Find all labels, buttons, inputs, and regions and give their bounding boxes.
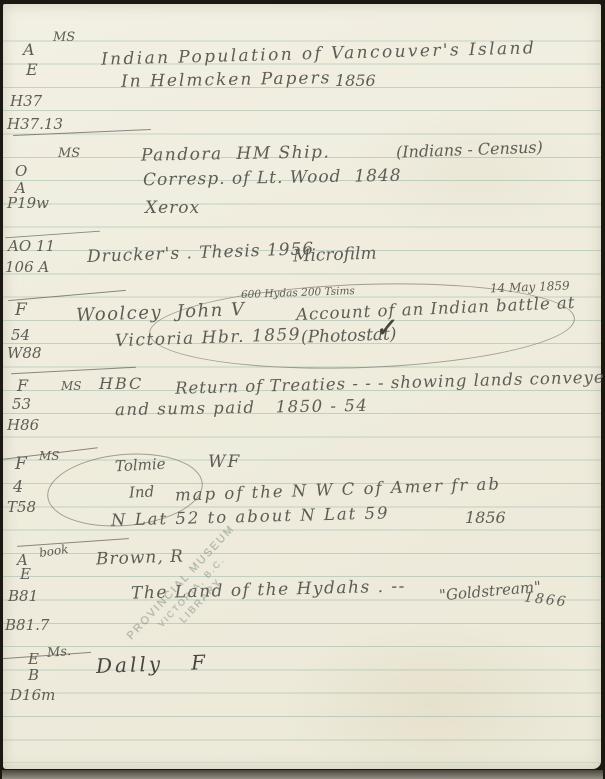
- entry5-line1: Return of Treaties - - - showing lands c…: [175, 369, 605, 397]
- entry7-year: 1866: [523, 590, 568, 609]
- entry5-call-3: H86: [7, 418, 39, 433]
- scan-background-edge: [2, 770, 603, 779]
- entry7-call-3: B81: [8, 589, 38, 604]
- entry6-word: Ind: [129, 484, 155, 500]
- entry3-call-2: 106 A: [5, 260, 49, 275]
- entry7-call-4: B81.7: [5, 618, 49, 633]
- entry7-call-2: E: [20, 567, 31, 582]
- entry8-format: Ms.: [46, 645, 71, 660]
- entry8-author: Dally F: [96, 652, 209, 676]
- entry3-note: Microfilm: [293, 246, 377, 266]
- entry7-author: Brown, R: [96, 548, 185, 568]
- entry2-call-1: O: [15, 164, 27, 179]
- entry4-call-2: 54: [11, 328, 30, 343]
- entry5-format: MS: [61, 380, 82, 392]
- entry2-format: MS: [58, 147, 80, 160]
- scanned-page: MS A E H37 H37.13 Indian Population of V…: [3, 4, 601, 769]
- entry6-initials: WF: [208, 454, 241, 471]
- entry4-call-3: W88: [7, 346, 42, 361]
- entry3-title: Drucker's . Thesis 1956: [87, 241, 315, 266]
- entry1-subtitle: In Helmcken Papers: [121, 70, 332, 91]
- entry1-format: MS: [53, 31, 75, 44]
- entry8-call-3: D16m: [10, 688, 55, 703]
- entry1-call-3: H37: [10, 94, 42, 109]
- entry1-call-2: E: [26, 62, 38, 78]
- entry1-call-1: A: [23, 42, 35, 58]
- entry5-line2: and sums paid 1850 - 54: [115, 398, 368, 419]
- entry2-call-3: P19w: [7, 196, 49, 211]
- entry1-year: 1856: [335, 73, 376, 89]
- entry6-author: Tolmie: [115, 457, 166, 475]
- entry8-call-1: E: [28, 652, 39, 667]
- entry6-call-2: 4: [13, 479, 23, 495]
- entry6-format: MS: [39, 450, 60, 462]
- entry5-call-2: 53: [12, 397, 31, 412]
- entry1-call-4: H37.13: [7, 117, 63, 132]
- entry7-format: book: [38, 543, 69, 559]
- entry6-call-3: T58: [7, 500, 36, 515]
- entry8-call-2: B: [28, 668, 39, 683]
- entry2-note: (Indians - Census): [396, 139, 543, 160]
- entry2-line3: Xerox: [145, 200, 200, 217]
- entry1-title: Indian Population of Vancouver's Island: [101, 40, 536, 68]
- entry3-call-1: AO 11: [8, 239, 55, 254]
- entry5-call-1: F: [17, 378, 28, 394]
- entry-divider: [17, 538, 129, 547]
- entry2-line2: Corresp. of Lt. Wood 1848: [143, 168, 402, 190]
- entry6-call-1: F: [15, 456, 27, 473]
- entry4-call-1: F: [15, 302, 27, 319]
- entry2-title: Pandora HM Ship.: [141, 144, 331, 164]
- entry5-org: HBC: [99, 376, 143, 392]
- entry6-year: 1856: [465, 510, 506, 526]
- entry4-circle-annotation: [148, 277, 577, 376]
- entry6-line1: map of the N W C of Amer fr ab: [175, 476, 501, 504]
